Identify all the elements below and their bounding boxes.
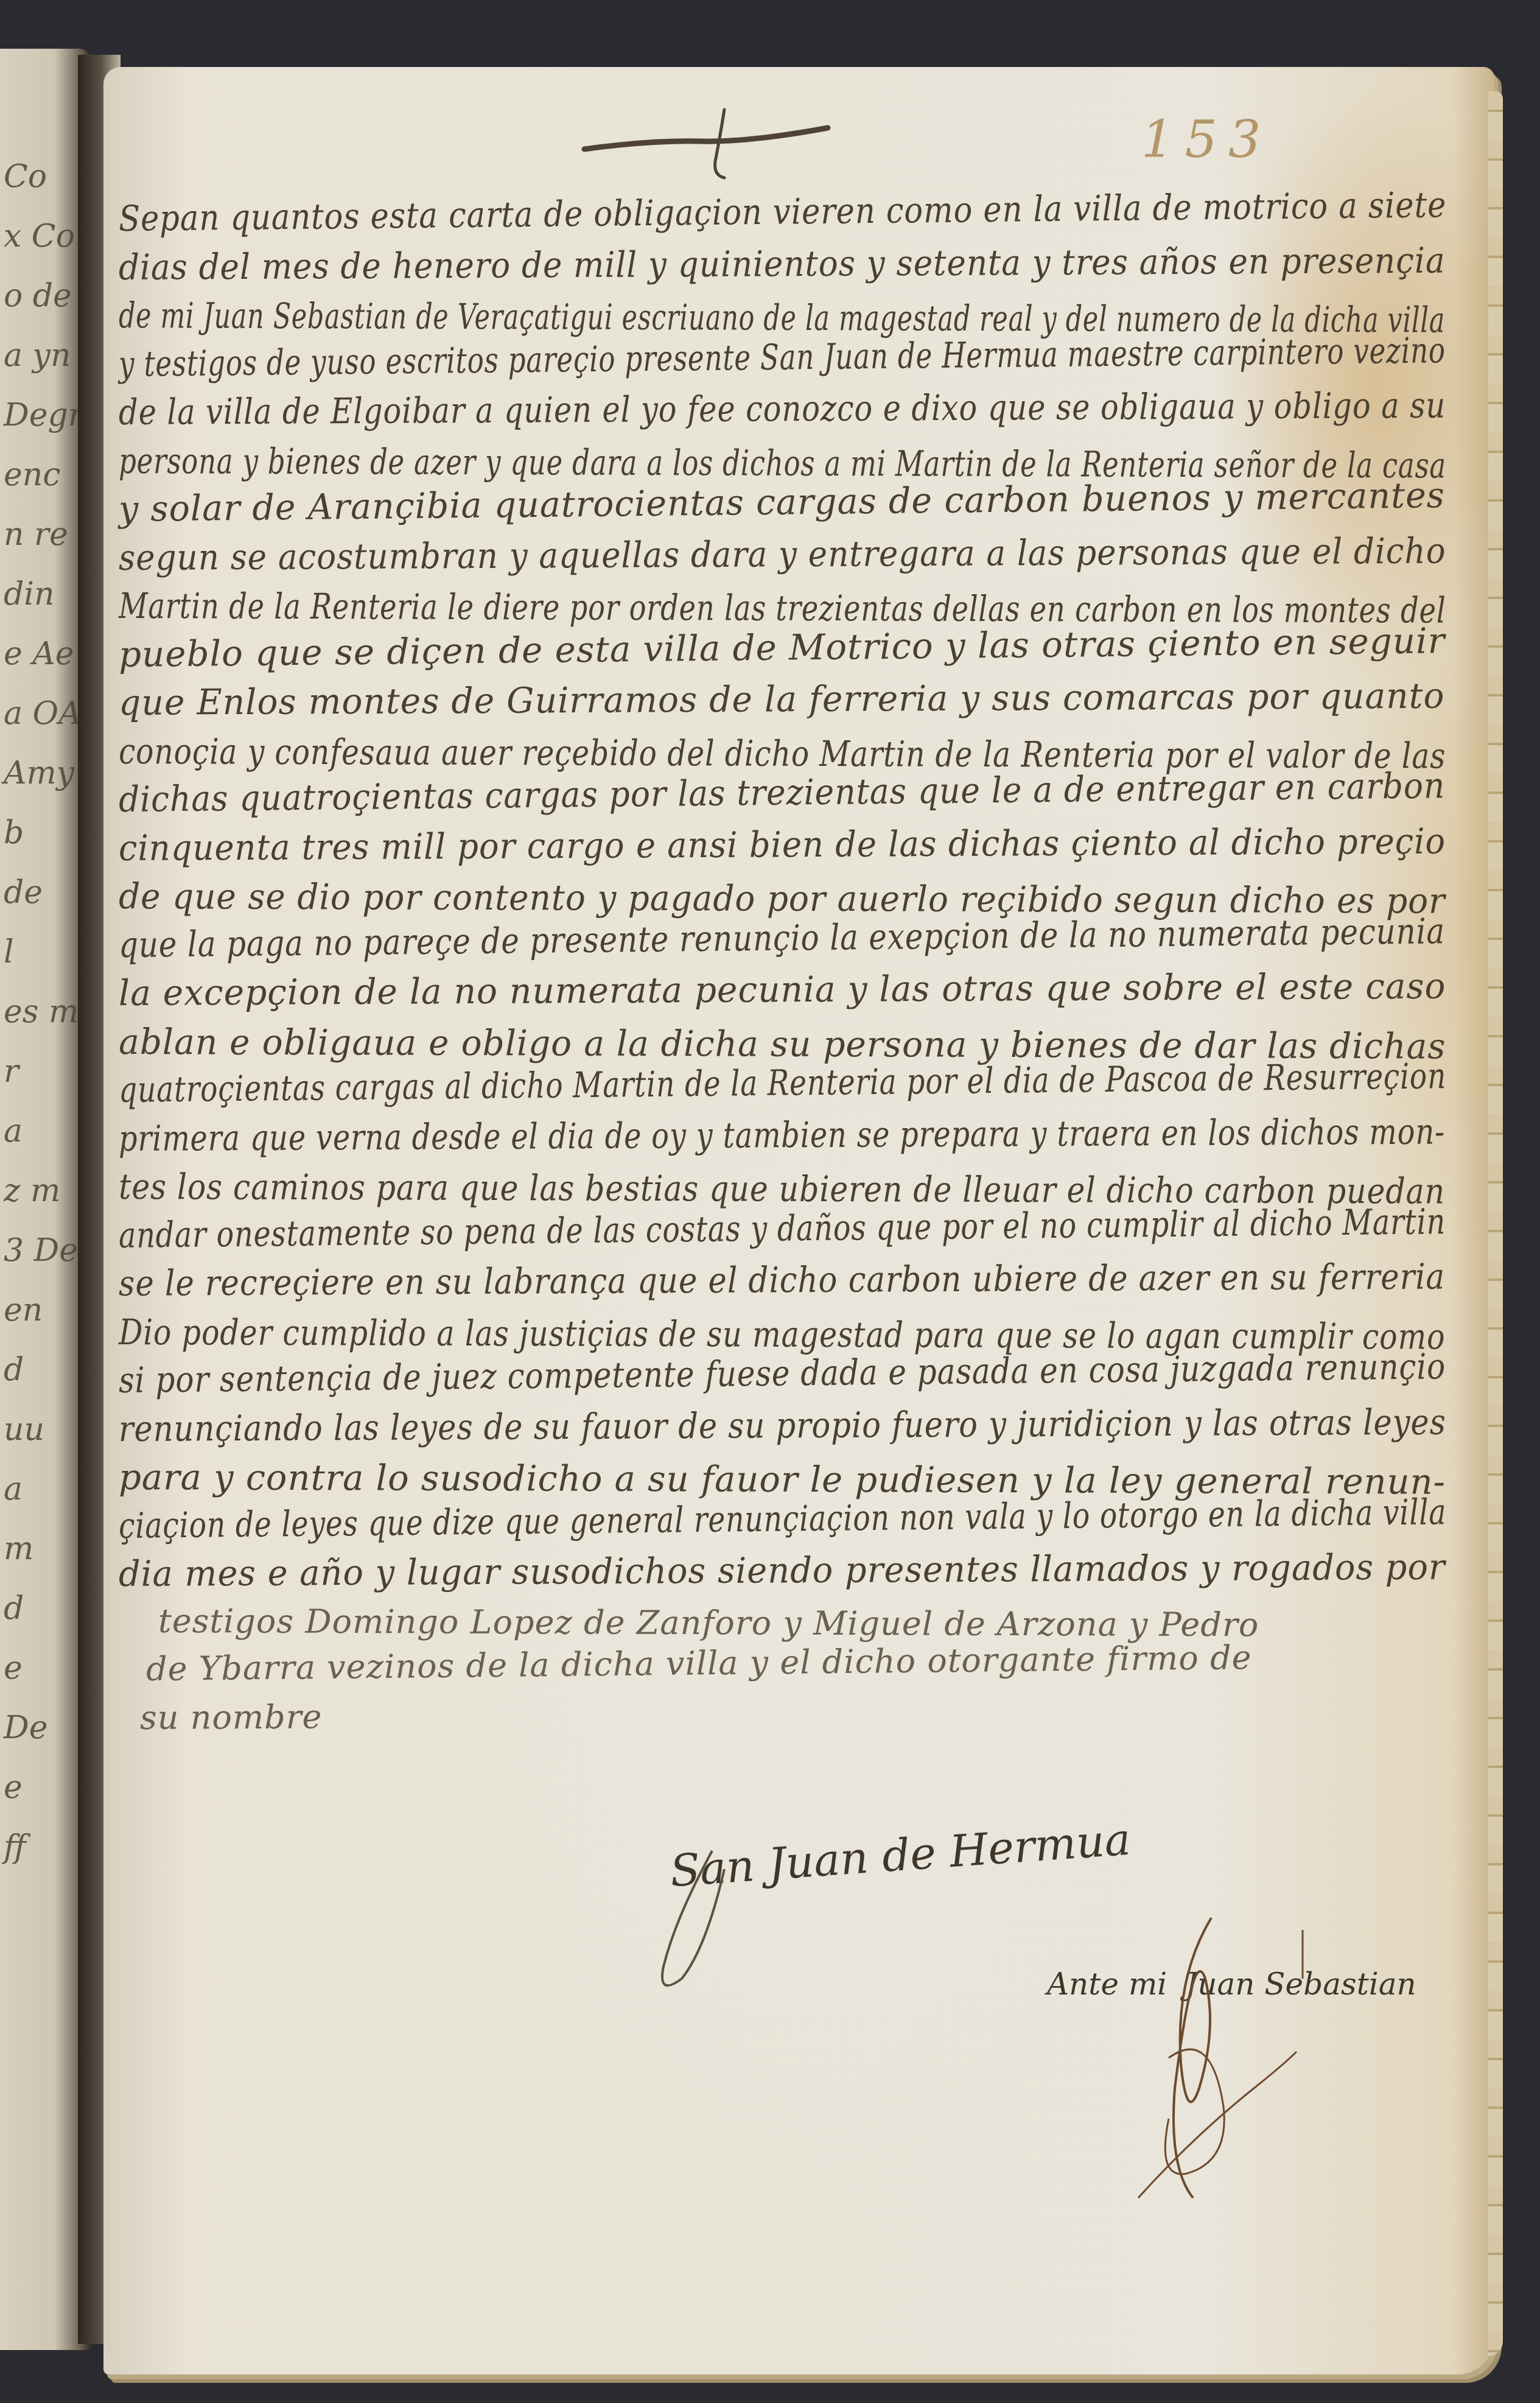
manuscript-line: renunçiando las leyes de su fauor de su …: [119, 1401, 1446, 1449]
facing-page-fragment: uu: [4, 1411, 44, 1448]
facing-page-fragment: 3 De: [4, 1232, 78, 1269]
facing-page-fragment: de: [4, 874, 43, 911]
manuscript-line: andar onestamente so pena de las costas …: [119, 1201, 1446, 1256]
facing-page-fragment: d: [4, 1352, 24, 1388]
manuscript-line: y testigos de yuso escritos pareçio pres…: [119, 329, 1446, 385]
manuscript-line: testigos Domingo Lopez de Zanforo y Migu…: [158, 1602, 1259, 1644]
facing-page-fragment: z m: [4, 1173, 60, 1209]
manuscript-line: su nombre: [140, 1697, 323, 1737]
facing-page-fragment: r: [4, 1053, 19, 1090]
facing-page-fragment: Degn: [4, 397, 88, 433]
manuscript-line: primera que verna desde el dia de oy y t…: [119, 1110, 1445, 1159]
manuscript-line: dichas quatroçientas cargas por las trez…: [119, 765, 1446, 820]
manuscript-line: que la paga no pareçe de presente renunç…: [119, 910, 1446, 966]
manuscript-line: pueblo que se diçen de esta villa de Mot…: [119, 620, 1446, 675]
facing-page-fragment: Co: [4, 158, 47, 195]
manuscript-line: quatroçientas cargas al dicho Martin de …: [119, 1055, 1447, 1110]
facing-page-fragment: a: [4, 1113, 23, 1149]
facing-page-fragment: a: [4, 1471, 23, 1507]
manuscript-line: cinquenta tres mill por cargo e ansi bie…: [119, 820, 1446, 868]
manuscript-line: se le recreçiere en su labrança que el d…: [119, 1256, 1445, 1304]
facing-page-fragment: d: [4, 1590, 24, 1627]
manuscript-line: segun se acostumbran y aquellas dara y e…: [119, 530, 1446, 578]
manuscript-line: de la villa de Elgoibar a quien el yo fe…: [119, 385, 1446, 433]
facing-page-fragment: e: [4, 1769, 23, 1806]
facing-page-fragment: din: [4, 576, 54, 612]
facing-page-fragment: m: [4, 1531, 33, 1567]
manuscript-line: de Ybarra vezinos de la dicha villa y el…: [146, 1638, 1252, 1688]
manuscript-line: que Enlos montes de Guirramos de la ferr…: [119, 675, 1445, 723]
facing-page-fragment: en: [4, 1292, 43, 1328]
manuscript-line: çiaçion de leyes que dize que general re…: [119, 1491, 1447, 1546]
facing-page-fragment: De: [4, 1710, 47, 1746]
facing-page-fragment: n re: [4, 516, 68, 553]
signature-flourish-icon: [639, 1845, 797, 2003]
manuscript-line: si por sentençia de juez competente fues…: [119, 1345, 1446, 1401]
manuscript-line: Sepan quantos esta carta de obligaçion v…: [119, 184, 1447, 239]
manuscript-line: y solar de Arançibia quatrocientas carga…: [119, 474, 1446, 530]
manuscript-page: 153 Sepan quantos esta carta de obligaçi…: [103, 67, 1494, 2374]
facing-page-fragment: enc: [4, 457, 60, 493]
facing-page-fragment: ff: [4, 1829, 26, 1865]
notary-rubric-icon: [1102, 1906, 1321, 2222]
facing-page-fragment: x Co: [4, 218, 75, 254]
facing-page-fragment: Amy: [4, 755, 74, 791]
facing-page-fragment: es m: [4, 994, 79, 1030]
manuscript-line: la excepçion de la no numerata pecunia y…: [119, 966, 1446, 1014]
facing-page-fragment: e: [4, 1650, 23, 1686]
facing-page-fragment: b: [4, 815, 24, 851]
facing-page-fragment: l: [4, 934, 14, 970]
manuscript-line: dias del mes de henero de mill y quinien…: [119, 239, 1446, 287]
facing-page-fragment: a yn: [4, 337, 71, 374]
manuscript-line: dia mes e año y lugar susodichos siendo …: [119, 1546, 1446, 1594]
